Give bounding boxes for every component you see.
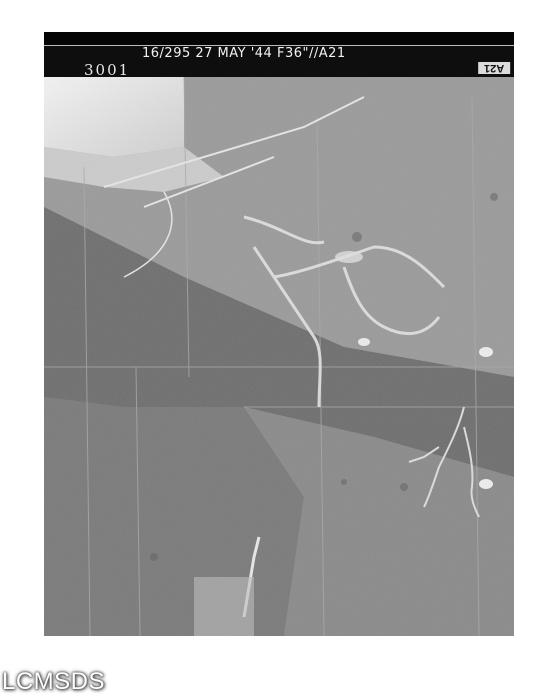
photo-caption: 16/295 27 MAY '44 F36"//A21 bbox=[142, 46, 346, 61]
aerial-image bbox=[44, 77, 514, 636]
aerial-photo-print: 16/295 27 MAY '44 F36"//A21 3001 A21 bbox=[44, 32, 514, 636]
watermark-logo: LCMSDS bbox=[2, 668, 105, 696]
caption-strip: 16/295 27 MAY '44 F36"//A21 3001 A21 bbox=[44, 32, 514, 77]
corner-tag: A21 bbox=[478, 62, 510, 74]
strip-edge bbox=[44, 32, 514, 46]
